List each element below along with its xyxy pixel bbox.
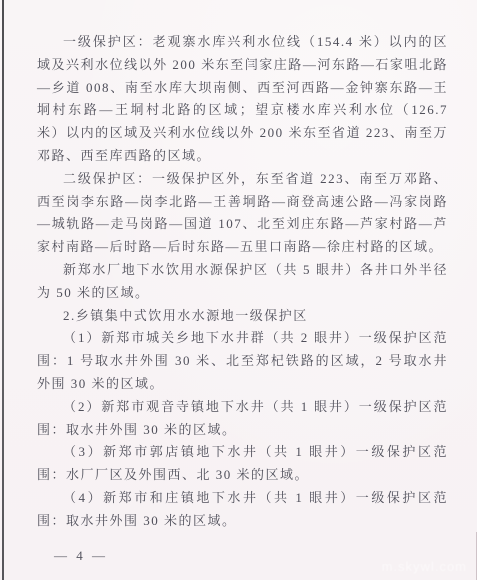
watermark: m.skywl.com xyxy=(382,559,467,574)
page-number: — 4 — xyxy=(54,548,108,564)
document-body: 一级保护区：老观寨水库兴利水位线（154.4 米）以内的区域及兴利水位线以外 2… xyxy=(37,31,448,533)
paragraph-item-2-guanyinsi: （2）新郑市观音寺镇地下水井（共 1 眼井）一级保护区范围：取水井外围 30 米… xyxy=(37,396,448,442)
paragraph-item-3-guodian: （3）新郑市郭店镇地下水井（共 1 眼井）一级保护区范围：水厂厂区及外围西、北 … xyxy=(37,441,448,487)
paragraph-level2-protection-zone: 二级保护区：一级保护区外，东至省道 223、南至万邓路、西至岗李东路—岗李北路—… xyxy=(37,168,448,259)
paragraph-xinzheng-waterworks: 新郑水厂地下水饮用水源保护区（共 5 眼井）各井口外半径为 50 米的区域。 xyxy=(37,259,448,305)
scanned-document-page: 一级保护区：老观寨水库兴利水位线（154.4 米）以内的区域及兴利水位线以外 2… xyxy=(0,0,477,580)
section-heading-township-water-sources: 2.乡镇集中式饮用水水源地一级保护区 xyxy=(37,305,448,328)
paragraph-item-1-chengguan: （1）新郑市城关乡地下水井群（共 2 眼井）一级保护区范围：1 号取水井外围 3… xyxy=(37,327,448,395)
paragraph-item-4-hezhuang: （4）新郑市和庄镇地下水井（共 1 眼井）一级保护区范围：取水井外围 30 米的… xyxy=(37,487,448,533)
scan-edge-left xyxy=(2,0,4,580)
paragraph-level1-protection-zone: 一级保护区：老观寨水库兴利水位线（154.4 米）以内的区域及兴利水位线以外 2… xyxy=(37,31,448,168)
